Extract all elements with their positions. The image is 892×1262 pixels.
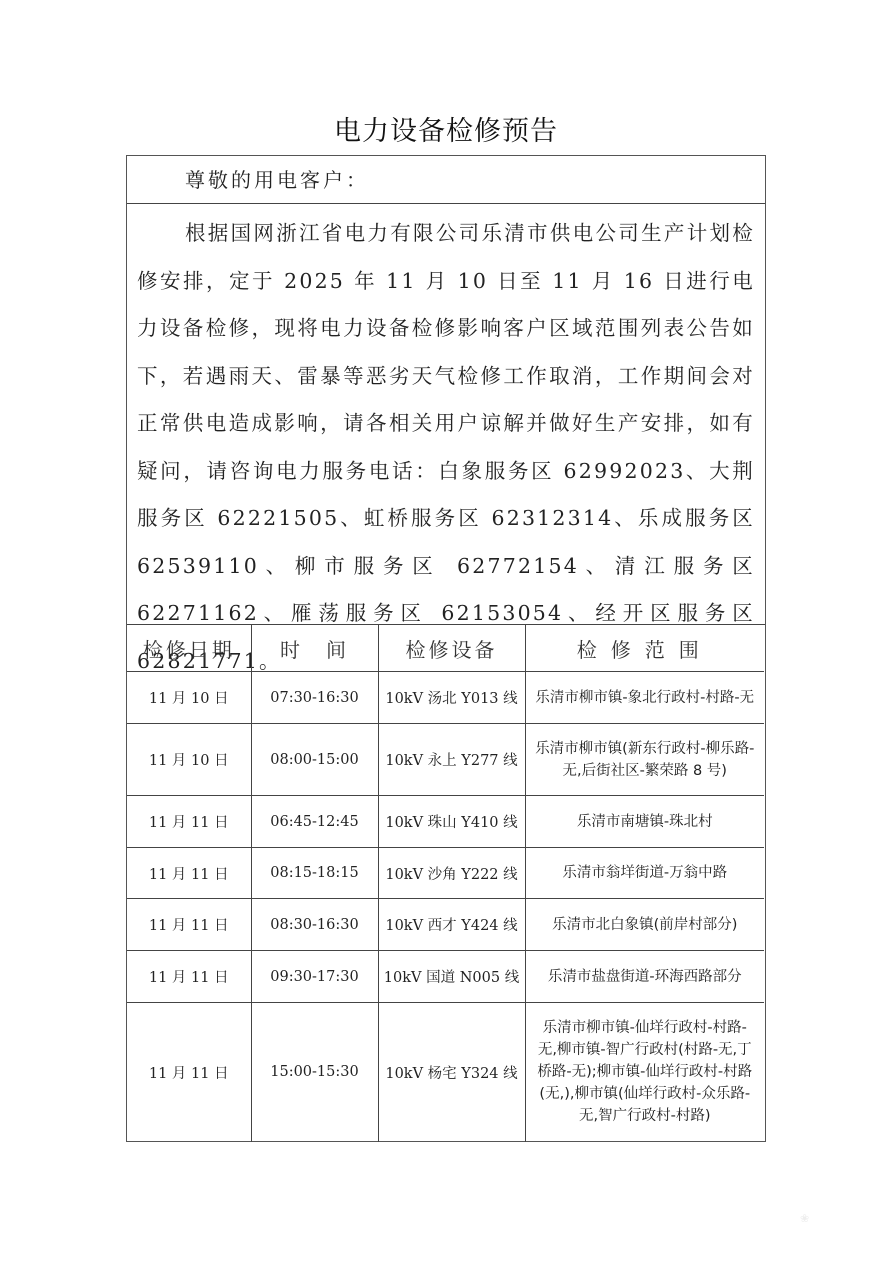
notice-frame: 尊敬的用电客户： 根据国网浙江省电力有限公司乐清市供电公司生产计划检修安排，定于…: [126, 155, 766, 1142]
cell-date: 11 月 11 日: [127, 1003, 251, 1142]
maintenance-table: 检修日期 时 间 检修设备 检修范围 11 月 10 日 07:30-16:30…: [127, 625, 764, 1142]
cell-date: 11 月 11 日: [127, 951, 251, 1003]
document-title: 电力设备检修预告: [0, 110, 892, 154]
cell-date: 11 月 10 日: [127, 672, 251, 724]
table-row: 11 月 11 日 15:00-15:30 10kV 杨宅 Y324 线 乐清市…: [127, 1003, 764, 1142]
cell-time: 08:30-16:30: [251, 899, 378, 951]
greeting: 尊敬的用电客户：: [127, 156, 765, 204]
cell-scope: 乐清市盐盘街道-环海西路部分: [525, 951, 764, 1003]
cell-equipment: 10kV 西才 Y424 线: [378, 899, 525, 951]
cell-date: 11 月 11 日: [127, 899, 251, 951]
cell-equipment: 10kV 杨宅 Y324 线: [378, 1003, 525, 1142]
notice-paragraph: 根据国网浙江省电力有限公司乐清市供电公司生产计划检修安排，定于 2025 年 1…: [127, 204, 765, 625]
cell-date: 11 月 11 日: [127, 796, 251, 848]
table-row: 11 月 11 日 08:30-16:30 10kV 西才 Y424 线 乐清市…: [127, 899, 764, 951]
cell-time: 09:30-17:30: [251, 951, 378, 1003]
cell-scope: 乐清市南塘镇-珠北村: [525, 796, 764, 848]
table-row: 11 月 11 日 09:30-17:30 10kV 国道 N005 线 乐清市…: [127, 951, 764, 1003]
cell-scope: 乐清市翁垟街道-万翁中路: [525, 848, 764, 899]
cell-scope: 乐清市柳市镇(新东行政村-柳乐路-无,后街社区-繁荣路 8 号): [525, 724, 764, 796]
cell-date: 11 月 10 日: [127, 724, 251, 796]
cell-equipment: 10kV 汤北 Y013 线: [378, 672, 525, 724]
cell-time: 15:00-15:30: [251, 1003, 378, 1142]
header-scope: 检修范围: [525, 625, 764, 672]
header-time: 时 间: [251, 625, 378, 672]
cell-time: 06:45-12:45: [251, 796, 378, 848]
table-row: 11 月 10 日 08:00-15:00 10kV 永上 Y277 线 乐清市…: [127, 724, 764, 796]
cell-time: 07:30-16:30: [251, 672, 378, 724]
cell-equipment: 10kV 珠山 Y410 线: [378, 796, 525, 848]
watermark-logo: ❀: [800, 1212, 809, 1225]
cell-time: 08:15-18:15: [251, 848, 378, 899]
cell-scope: 乐清市柳市镇-象北行政村-村路-无: [525, 672, 764, 724]
cell-time: 08:00-15:00: [251, 724, 378, 796]
header-equipment: 检修设备: [378, 625, 525, 672]
cell-scope: 乐清市北白象镇(前岸村部分): [525, 899, 764, 951]
cell-equipment: 10kV 永上 Y277 线: [378, 724, 525, 796]
cell-date: 11 月 11 日: [127, 848, 251, 899]
cell-equipment: 10kV 国道 N005 线: [378, 951, 525, 1003]
header-date: 检修日期: [127, 625, 251, 672]
cell-scope: 乐清市柳市镇-仙垟行政村-村路-无,柳市镇-智广行政村(村路-无,丁桥路-无);…: [525, 1003, 764, 1142]
table-row: 11 月 11 日 08:15-18:15 10kV 沙角 Y222 线 乐清市…: [127, 848, 764, 899]
table-row: 11 月 10 日 07:30-16:30 10kV 汤北 Y013 线 乐清市…: [127, 672, 764, 724]
table-header-row: 检修日期 时 间 检修设备 检修范围: [127, 625, 764, 672]
cell-equipment: 10kV 沙角 Y222 线: [378, 848, 525, 899]
table-row: 11 月 11 日 06:45-12:45 10kV 珠山 Y410 线 乐清市…: [127, 796, 764, 848]
